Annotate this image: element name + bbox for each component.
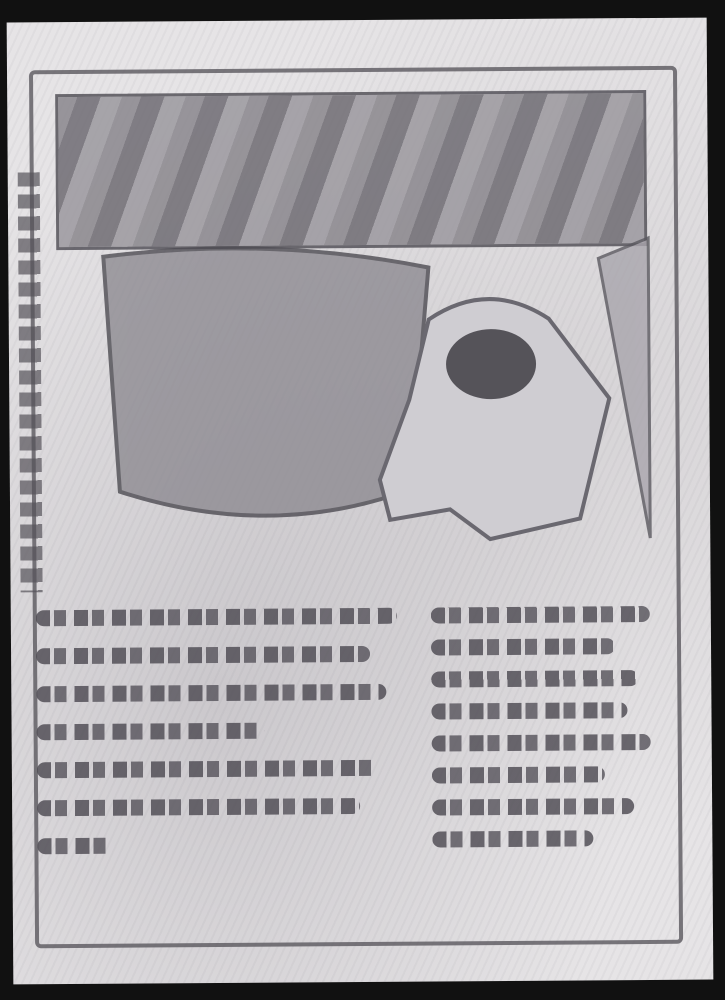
script-block-right [431,606,663,848]
paper-sheet [7,18,714,985]
side-script [18,172,43,592]
script-block-left [36,608,418,855]
figure-face [446,329,536,400]
triangle-shape [598,238,650,538]
